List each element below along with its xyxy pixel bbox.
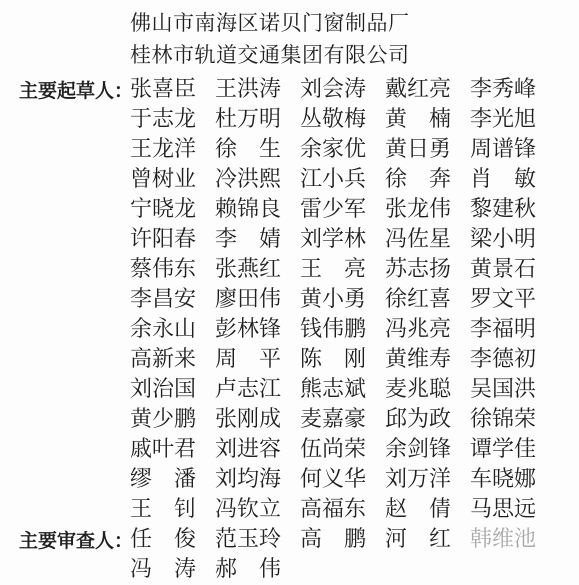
person-name: 戴红亮	[385, 74, 451, 104]
person-name: 廖田伟	[215, 284, 281, 314]
person-name: 冷洪熙	[215, 164, 281, 194]
person-name: 任俊	[130, 524, 196, 554]
person-name: 余家优	[300, 134, 366, 164]
person-name: 赵倩	[385, 494, 451, 524]
person-name: 黄小勇	[300, 284, 366, 314]
person-name: 冯涛	[130, 554, 196, 584]
person-name: 周平	[215, 344, 281, 374]
person-name: 宁晓龙	[130, 194, 196, 224]
names-row: 高新来周平陈刚黄维寿李德初	[0, 344, 579, 374]
person-name: 刘会涛	[300, 74, 366, 104]
names-row: 许阳春李婧刘学林冯佐星梁小明	[0, 224, 579, 254]
names-row: 王龙洋徐生余家优黄日勇周谱锋	[0, 134, 579, 164]
person-name: 李婧	[215, 224, 281, 254]
person-name: 许阳春	[130, 224, 196, 254]
names-row: 宁晓龙赖锦良雷少军张龙伟黎建秋	[0, 194, 579, 224]
names-row: 于志龙杜万明丛敬梅黄楠李光旭	[0, 104, 579, 134]
person-name: 伍尚荣	[300, 434, 366, 464]
person-name: 李福明	[470, 314, 536, 344]
person-name: 苏志扬	[385, 254, 451, 284]
person-name: 刘治国	[130, 374, 196, 404]
person-name: 徐红喜	[385, 284, 451, 314]
person-name: 黄楠	[385, 104, 451, 134]
person-name: 陈刚	[300, 344, 366, 374]
person-name: 雷少军	[300, 194, 366, 224]
person-name: 钱伟鹏	[300, 314, 366, 344]
person-name: 冯佐星	[385, 224, 451, 254]
person-name: 卢志江	[215, 374, 281, 404]
person-name: 于志龙	[130, 104, 196, 134]
person-name: 高新来	[130, 344, 196, 374]
person-name: 刘学林	[300, 224, 366, 254]
person-name: 梁小明	[470, 224, 536, 254]
company-name-line: 佛山市南海区诺贝门窗制品厂	[130, 7, 579, 39]
person-name: 李德初	[470, 344, 536, 374]
person-name: 车晓娜	[470, 464, 536, 494]
person-name: 麦嘉豪	[300, 404, 366, 434]
person-name: 曾树业	[130, 164, 196, 194]
person-name: 冯兆亮	[385, 314, 451, 344]
person-name: 邱为政	[385, 404, 451, 434]
person-name: 熊志斌	[300, 374, 366, 404]
names-row: 余永山彭林锋钱伟鹏冯兆亮李福明	[0, 314, 579, 344]
person-name: 王龙洋	[130, 134, 196, 164]
document-header: 佛山市南海区诺贝门窗制品厂 桂林市轨道交通集团有限公司	[0, 7, 579, 71]
person-name: 罗文平	[470, 284, 536, 314]
section-label: 主要起草人：	[0, 76, 130, 103]
person-name: 黄维寿	[385, 344, 451, 374]
person-name: 黄日勇	[385, 134, 451, 164]
person-name: 马思远	[470, 494, 536, 524]
person-name: 周谱锋	[470, 134, 536, 164]
person-name: 黄少鹏	[130, 404, 196, 434]
person-name: 谭学佳	[470, 434, 536, 464]
person-name: 余剑锋	[385, 434, 451, 464]
names-row: 戚叶君刘进容伍尚荣余剑锋谭学佳	[0, 434, 579, 464]
names-row: 缪潘刘均海何义华刘万洋车晓娜	[0, 464, 579, 494]
person-name: 刘万洋	[385, 464, 451, 494]
person-name: 李昌安	[130, 284, 196, 314]
person-name: 吴国洪	[470, 374, 536, 404]
person-name: 肖敏	[470, 164, 536, 194]
person-name: 王钊	[130, 494, 196, 524]
person-name: 戚叶君	[130, 434, 196, 464]
person-name: 王亮	[300, 254, 366, 284]
person-name: 刘均海	[215, 464, 281, 494]
person-name: 徐锦荣	[470, 404, 536, 434]
names-row: 主要起草人：张喜臣王洪涛刘会涛戴红亮李秀峰	[0, 74, 579, 104]
document-page: 佛山市南海区诺贝门窗制品厂 桂林市轨道交通集团有限公司 主要起草人：张喜臣王洪涛…	[0, 0, 579, 585]
person-name: 高鹏	[300, 524, 366, 554]
person-name: 张龙伟	[385, 194, 451, 224]
person-name: 赖锦良	[215, 194, 281, 224]
person-name: 李秀峰	[470, 74, 536, 104]
person-name: 郝伟	[215, 554, 281, 584]
names-table: 主要起草人：张喜臣王洪涛刘会涛戴红亮李秀峰于志龙杜万明丛敬梅黄楠李光旭王龙洋徐生…	[0, 74, 579, 584]
person-name: 张喜臣	[130, 74, 196, 104]
section-label: 主要审查人：	[0, 526, 130, 553]
person-name: 高福东	[300, 494, 366, 524]
person-name: 张刚成	[215, 404, 281, 434]
person-name: 黎建秋	[470, 194, 536, 224]
person-name: 韩维池	[470, 524, 536, 554]
names-row: 主要审查人：任俊范玉玲高鹏河红韩维池	[0, 524, 579, 554]
names-row: 李昌安廖田伟黄小勇徐红喜罗文平	[0, 284, 579, 314]
person-name: 李光旭	[470, 104, 536, 134]
person-name: 蔡伟东	[130, 254, 196, 284]
person-name: 冯钦立	[215, 494, 281, 524]
person-name: 范玉玲	[215, 524, 281, 554]
person-name: 刘进容	[215, 434, 281, 464]
names-row: 王钊冯钦立高福东赵倩马思远	[0, 494, 579, 524]
person-name: 徐奔	[385, 164, 451, 194]
person-name: 江小兵	[300, 164, 366, 194]
person-name: 杜万明	[215, 104, 281, 134]
company-name-line: 桂林市轨道交通集团有限公司	[130, 39, 579, 71]
person-name: 河红	[385, 524, 451, 554]
names-row: 刘治国卢志江熊志斌麦兆聪吴国洪	[0, 374, 579, 404]
person-name: 麦兆聪	[385, 374, 451, 404]
person-name: 张燕红	[215, 254, 281, 284]
person-name: 缪潘	[130, 464, 196, 494]
names-row: 蔡伟东张燕红王亮苏志扬黄景石	[0, 254, 579, 284]
names-row: 冯涛郝伟	[0, 554, 579, 584]
names-row: 曾树业冷洪熙江小兵徐奔肖敏	[0, 164, 579, 194]
person-name: 丛敬梅	[300, 104, 366, 134]
names-row: 黄少鹏张刚成麦嘉豪邱为政徐锦荣	[0, 404, 579, 434]
person-name: 黄景石	[470, 254, 536, 284]
person-name: 余永山	[130, 314, 196, 344]
person-name: 王洪涛	[215, 74, 281, 104]
person-name: 彭林锋	[215, 314, 281, 344]
person-name: 何义华	[300, 464, 366, 494]
person-name: 徐生	[215, 134, 281, 164]
